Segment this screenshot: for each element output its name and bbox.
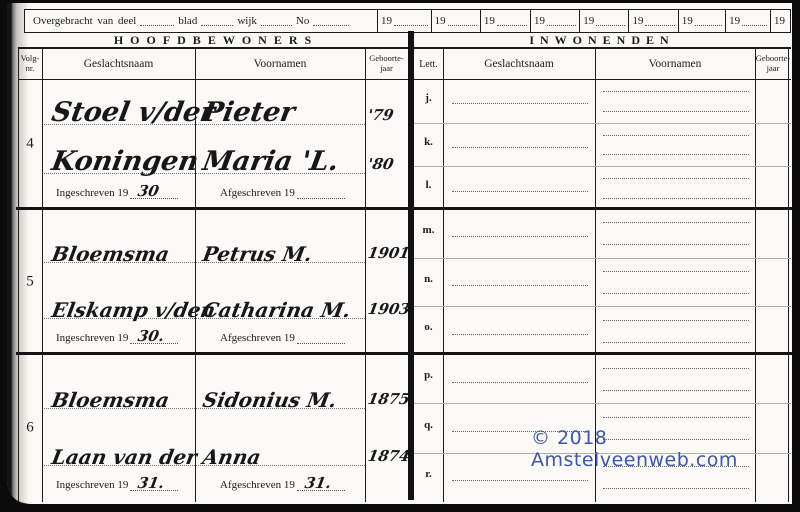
inwonenden-header-row: Lett. Geslachtsnaam Voornamen Geboorte- … xyxy=(414,49,791,80)
table-row: Laan van der Anna 1874. xyxy=(18,413,408,471)
header-voornamen: Voornamen xyxy=(595,58,755,70)
table-row: k. xyxy=(414,123,791,167)
dotted-write-line xyxy=(603,135,749,136)
handwritten-year-value: 31. xyxy=(303,474,332,492)
table-row: p. xyxy=(414,355,791,403)
handwritten-birthyear: 1903. xyxy=(366,300,416,318)
handwritten-firstnames: Sidonius M. xyxy=(201,388,339,412)
transfer-no-label: No xyxy=(296,15,309,27)
header-geboortejaar: Geboorte- jaar xyxy=(365,54,408,74)
handwritten-firstnames: Catharina M. xyxy=(201,298,353,322)
dotted-blank-afgeschreven xyxy=(297,333,345,344)
dotted-write-line xyxy=(452,236,588,237)
table-row: m. xyxy=(414,210,791,258)
afgeschreven-field: Afgeschreven 19 31. xyxy=(220,479,345,491)
handwritten-firstnames: Pieter xyxy=(200,97,297,128)
dotted-blank-year xyxy=(596,16,625,26)
dotted-write-line xyxy=(603,178,749,179)
dotted-blank-no xyxy=(313,16,349,26)
handwritten-surname: Elskamp v/den xyxy=(50,298,217,322)
year-prefix: 19 xyxy=(682,15,693,27)
table-row: Bloemsma Sidonius M. 1875. xyxy=(18,355,408,413)
handwritten-firstnames: Anna xyxy=(201,445,263,469)
handwritten-surname: Koningen xyxy=(49,146,201,177)
dotted-write-line xyxy=(603,154,749,155)
ingeschreven-label: Ingeschreven 19 xyxy=(56,332,128,344)
header-volgnr-line2: nr. xyxy=(18,64,42,74)
dotted-write-line xyxy=(452,191,588,192)
handwritten-birthyear: 1874. xyxy=(366,447,416,465)
dotted-write-line xyxy=(603,293,749,294)
dotted-write-line xyxy=(452,334,588,335)
table-row: n. xyxy=(414,258,791,307)
handwritten-birthyear: 1901. xyxy=(366,244,416,262)
dotted-write-line xyxy=(603,320,749,321)
handwritten-year-value: 31. xyxy=(137,474,166,492)
header-geslachtsnaam: Geslachtsnaam xyxy=(42,58,195,70)
hoofdbewoners-header-row: Volg- nr. Geslachtsnaam Voornamen Geboor… xyxy=(18,49,408,80)
transfer-wijk-label: wijk xyxy=(237,15,257,27)
table-row: j. xyxy=(414,80,791,123)
dotted-blank-year xyxy=(547,16,576,26)
ingeschreven-field: Ingeschreven 19 30. xyxy=(56,332,178,344)
header-geboortejaar: Geboorte- jaar xyxy=(755,54,791,74)
table-row: Koningen Maria 'L. '80 xyxy=(18,129,408,178)
dotted-write-line xyxy=(603,198,749,199)
header-lett: Lett. xyxy=(414,59,443,70)
letter-label: k. xyxy=(414,136,443,148)
year-prefix: 19 xyxy=(484,15,495,27)
dotted-write-line xyxy=(452,103,588,104)
handwritten-birthyear: '80 xyxy=(366,155,395,173)
header-volgnr: Volg- nr. xyxy=(18,54,42,74)
dotted-blank-blad xyxy=(201,16,233,26)
year-cell: 19 xyxy=(770,10,790,32)
afgeschreven-label: Afgeschreven 19 xyxy=(220,187,295,199)
table-row: Stoel v/der Pieter '79 xyxy=(18,80,408,129)
year-prefix: 19 xyxy=(632,15,643,27)
year-cell: 19 xyxy=(725,10,770,32)
dotted-blank-afgeschreven xyxy=(297,188,345,199)
dotted-blank-year xyxy=(497,16,527,26)
afgeschreven-field: Afgeschreven 19 xyxy=(220,332,345,344)
dotted-write-line xyxy=(452,382,588,383)
dotted-blank-ingeschreven: 30. xyxy=(130,333,178,344)
year-cell: 19 xyxy=(431,10,480,32)
hoofdbewoners-body: 4 Stoel v/der Pieter '79 Koningen Maria … xyxy=(18,80,408,502)
dotted-write-line xyxy=(603,417,749,418)
section-title-hoofdbewoners: HOOFDBEWONERS xyxy=(24,33,408,47)
year-prefix: 19 xyxy=(729,15,740,27)
dotted-write-line xyxy=(603,91,749,92)
ingeschreven-label: Ingeschreven 19 xyxy=(56,479,128,491)
year-cell: 19 xyxy=(530,10,579,32)
letter-label: m. xyxy=(414,224,443,236)
lodger-group-2: m. n. o. xyxy=(414,210,791,355)
year-cell: 19 xyxy=(579,10,628,32)
letter-label: j. xyxy=(414,92,443,104)
afgeschreven-label: Afgeschreven 19 xyxy=(220,479,295,491)
table-row: o. xyxy=(414,306,791,355)
handwritten-surname: Stoel v/der xyxy=(49,97,217,128)
year-cell: 19 xyxy=(628,10,677,32)
afgeschreven-label: Afgeschreven 19 xyxy=(220,332,295,344)
letter-label: l. xyxy=(414,179,443,191)
handwritten-surname: Laan van der xyxy=(50,445,199,469)
hoofdbewoners-table: Volg- nr. Geslachtsnaam Voornamen Geboor… xyxy=(18,47,408,502)
dotted-blank-ingeschreven: 30 xyxy=(130,188,178,199)
dotted-blank-ingeschreven: 31. xyxy=(130,480,178,491)
year-prefix: 19 xyxy=(774,15,785,27)
handwritten-birthyear: '79 xyxy=(366,106,395,124)
table-row: Elskamp v/den Catharina M. 1903. xyxy=(18,267,408,324)
dotted-blank-wijk xyxy=(261,16,292,26)
year-prefix: 19 xyxy=(583,15,594,27)
handwritten-surname: Bloemsma xyxy=(50,242,171,266)
year-cell: 19 xyxy=(480,10,530,32)
letter-label: q. xyxy=(414,419,443,431)
transfer-blad-label: blad xyxy=(178,15,197,27)
ingeschreven-label: Ingeschreven 19 xyxy=(56,187,128,199)
ingeschreven-field: Ingeschreven 19 31. xyxy=(56,479,178,491)
header-geslachtsnaam: Geslachtsnaam xyxy=(443,58,595,70)
dotted-write-line xyxy=(452,285,588,286)
afgeschreven-field: Afgeschreven 19 xyxy=(220,187,345,199)
table-row: Bloemsma Petrus M. 1901. xyxy=(18,210,408,267)
handwritten-surname: Bloemsma xyxy=(50,388,171,412)
dotted-write-line xyxy=(603,488,749,489)
section-title-inwonenden: INWONENDEN xyxy=(413,33,791,47)
ingeschreven-field: Ingeschreven 19 30 xyxy=(56,187,178,199)
dotted-write-line xyxy=(452,480,588,481)
header-geboortejaar-line2: jaar xyxy=(365,64,408,74)
letter-label: o. xyxy=(414,321,443,333)
dotted-blank-year xyxy=(695,16,722,26)
transfer-header: Overgebracht van deel blad wijk No 19 19… xyxy=(24,9,791,33)
year-prefix: 19 xyxy=(435,15,446,27)
registration-footer: Ingeschreven 19 31. Afgeschreven 19 31. xyxy=(18,470,408,502)
dotted-write-line xyxy=(603,342,749,343)
registration-footer: Ingeschreven 19 30. Afgeschreven 19 xyxy=(18,323,408,355)
lodger-group-1: j. k. l. xyxy=(414,80,791,210)
transfer-deel-label: Overgebracht van deel xyxy=(33,15,136,27)
letter-label: r. xyxy=(414,468,443,480)
group-separator-line xyxy=(16,352,792,355)
dotted-blank-year xyxy=(742,16,767,26)
year-prefix: 19 xyxy=(381,15,392,27)
year-cell: 19 xyxy=(377,10,431,32)
dotted-write-line xyxy=(603,271,749,272)
year-cell: 19 xyxy=(678,10,725,32)
dotted-write-line xyxy=(603,390,749,391)
letter-label: n. xyxy=(414,273,443,285)
table-row: l. xyxy=(414,166,791,210)
letter-label: p. xyxy=(414,369,443,381)
dotted-blank-afgeschreven: 31. xyxy=(297,480,345,491)
header-voornamen: Voornamen xyxy=(195,58,365,70)
dotted-write-line xyxy=(603,244,749,245)
resident-group-4: 4 Stoel v/der Pieter '79 Koningen Maria … xyxy=(18,80,408,210)
handwritten-firstnames: Petrus M. xyxy=(201,242,314,266)
handwritten-year-value: 30 xyxy=(137,182,161,200)
resident-group-5: 5 Bloemsma Petrus M. 1901. Elskamp v/den… xyxy=(18,210,408,355)
scanned-register-page: Overgebracht van deel blad wijk No 19 19… xyxy=(0,0,800,512)
dotted-write-line xyxy=(603,111,749,112)
dotted-write-line xyxy=(603,222,749,223)
group-separator-line xyxy=(16,207,792,210)
dotted-blank-deel xyxy=(140,16,174,26)
dotted-write-line xyxy=(603,368,749,369)
dotted-blank-year xyxy=(394,16,428,26)
year-prefix: 19 xyxy=(534,15,545,27)
copyright-watermark: © 2018 Amstelveenweb.com xyxy=(531,427,800,471)
handwritten-birthyear: 1875. xyxy=(366,390,416,408)
header-geboortejaar-line2: jaar xyxy=(755,64,791,74)
registration-footer: Ingeschreven 19 30 Afgeschreven 19 xyxy=(18,178,408,210)
handwritten-year-value: 30. xyxy=(137,327,166,345)
dotted-blank-year xyxy=(448,16,477,26)
handwritten-firstnames: Maria 'L. xyxy=(200,146,341,177)
resident-group-6: 6 Bloemsma Sidonius M. 1875. Laan van de… xyxy=(18,355,408,502)
transfer-labels: Overgebracht van deel blad wijk No xyxy=(25,10,377,32)
dotted-blank-year xyxy=(645,16,674,26)
dotted-write-line xyxy=(452,147,588,148)
